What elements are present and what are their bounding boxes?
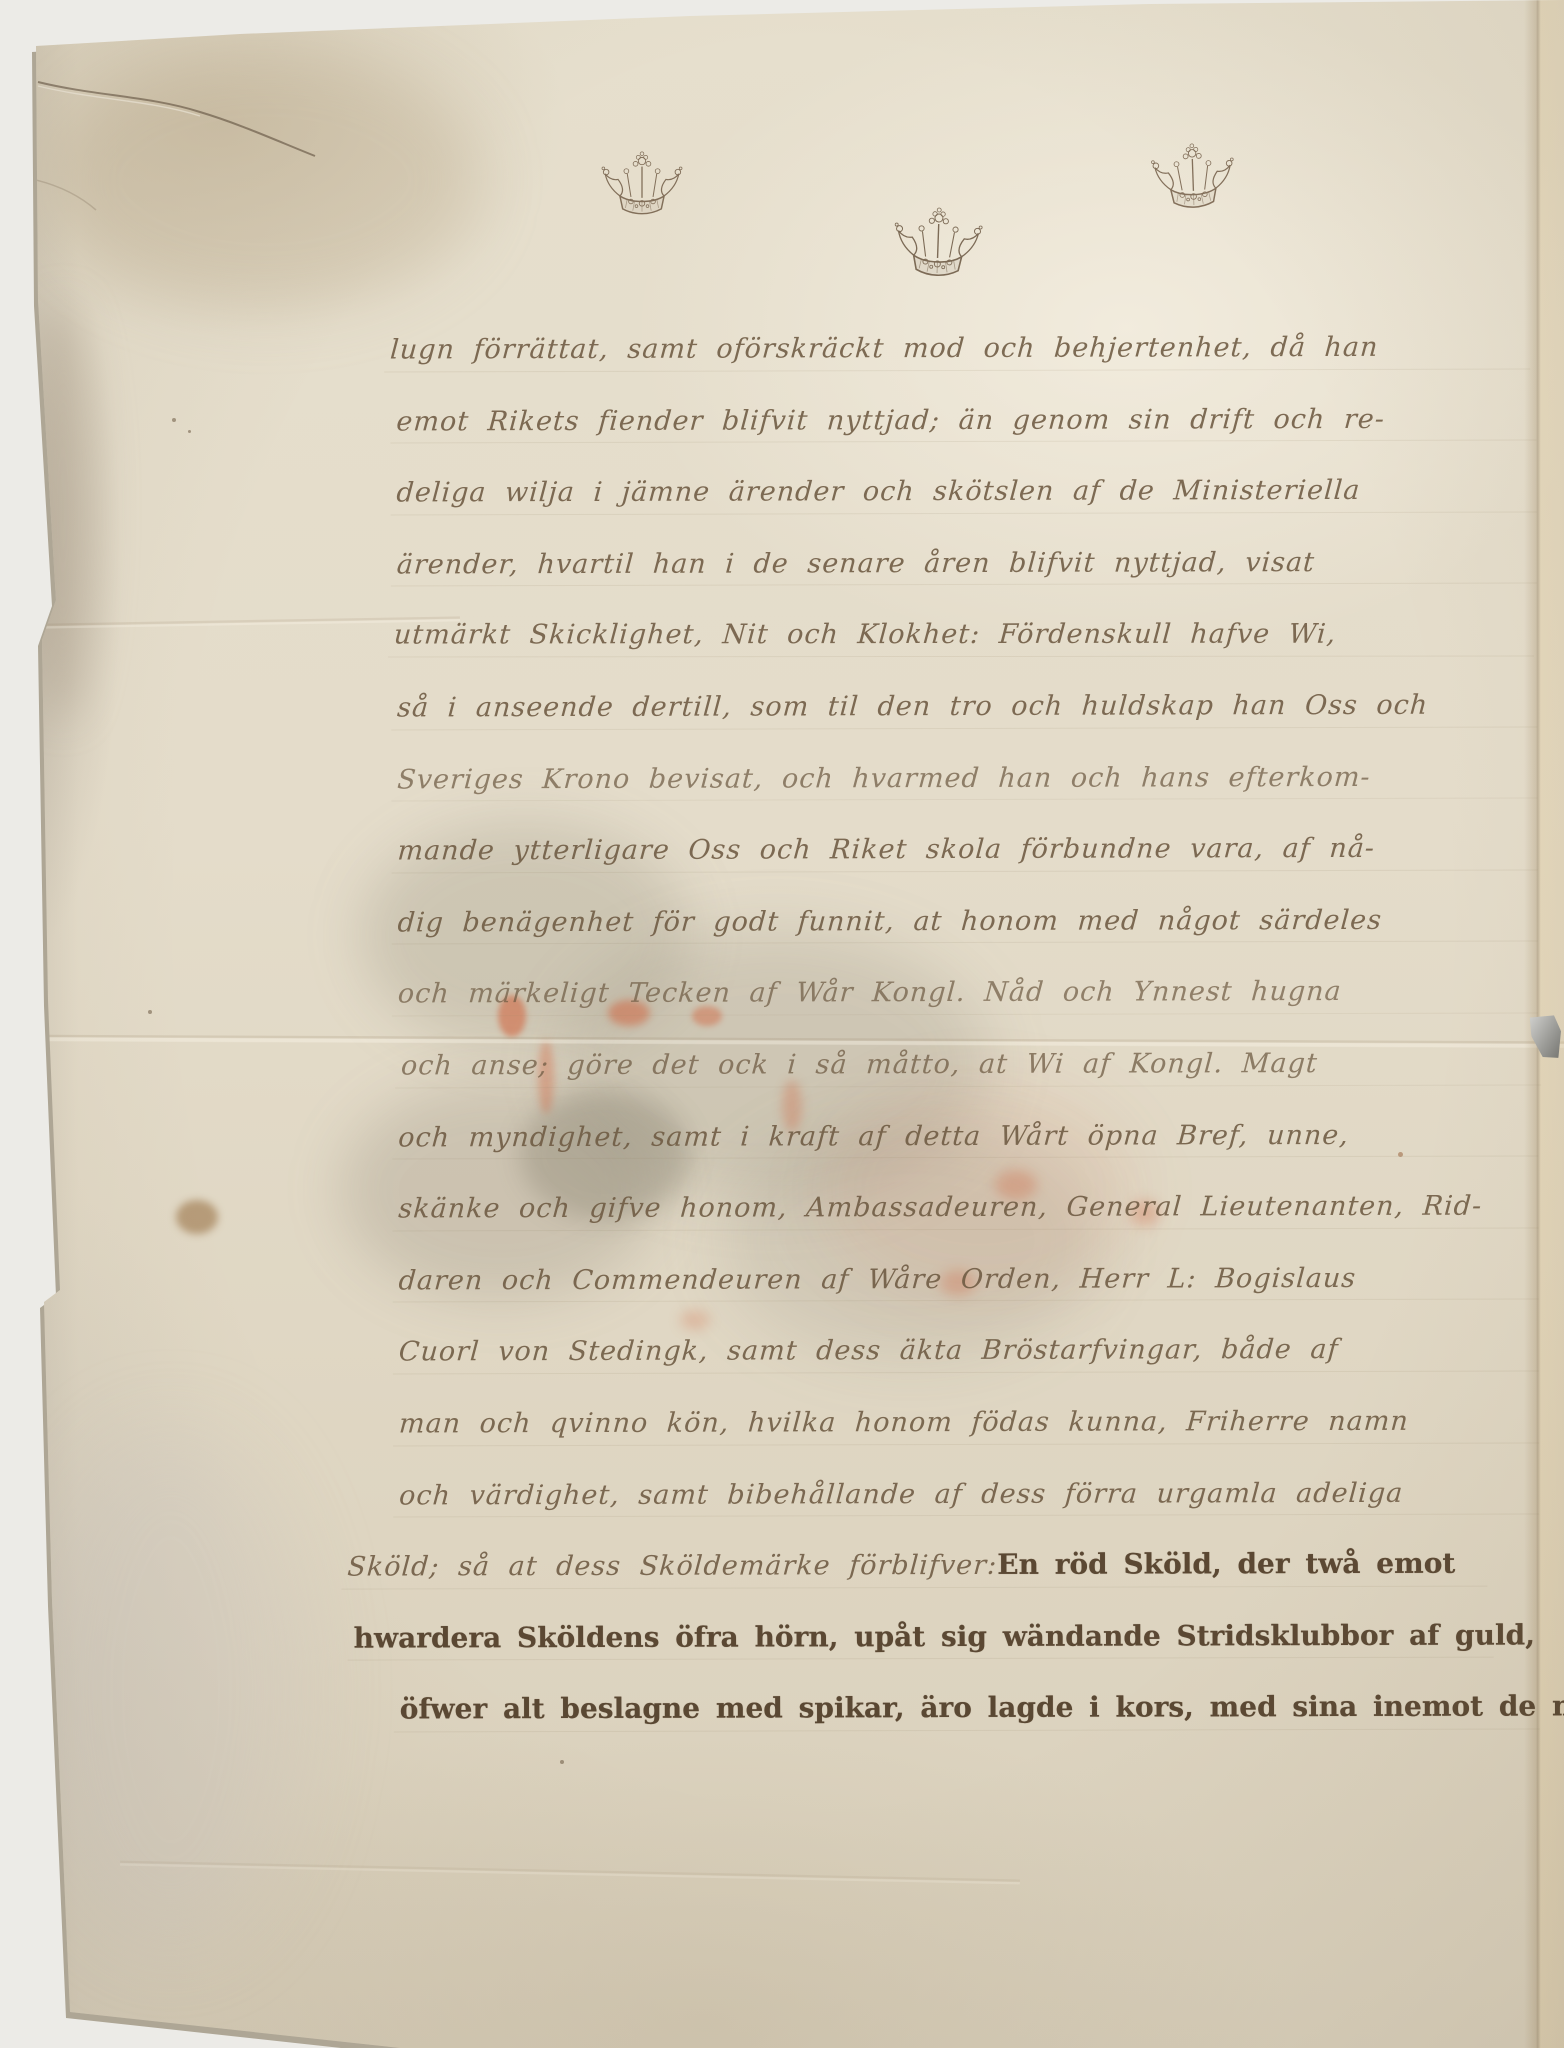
parchment-sheet: lugn förrättat, samt oförskräckt mod och… [0,0,1564,2048]
scan-background: { "page": { "background_color": "#ecebe7… [0,0,1564,2048]
parchment-vignette [0,0,1564,2048]
manuscript-scan: lugn förrättat, samt oförskräckt mod och… [0,0,1564,2048]
